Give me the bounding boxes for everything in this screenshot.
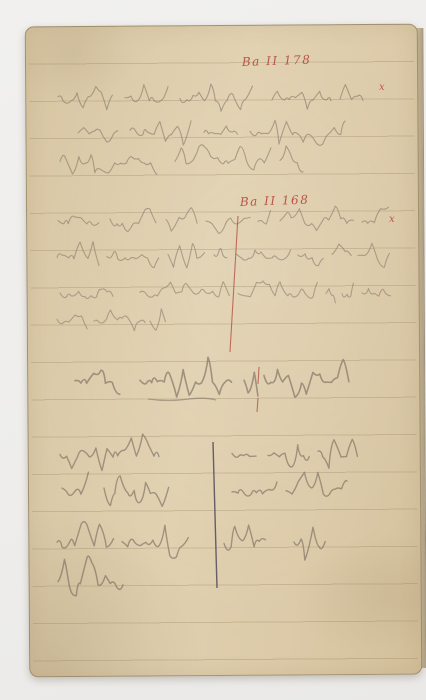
scanned-manuscript-photo: Ba II 178Ba II 168xx [0,0,426,700]
notebook-page [25,24,423,678]
ruled-lines [29,25,418,673]
